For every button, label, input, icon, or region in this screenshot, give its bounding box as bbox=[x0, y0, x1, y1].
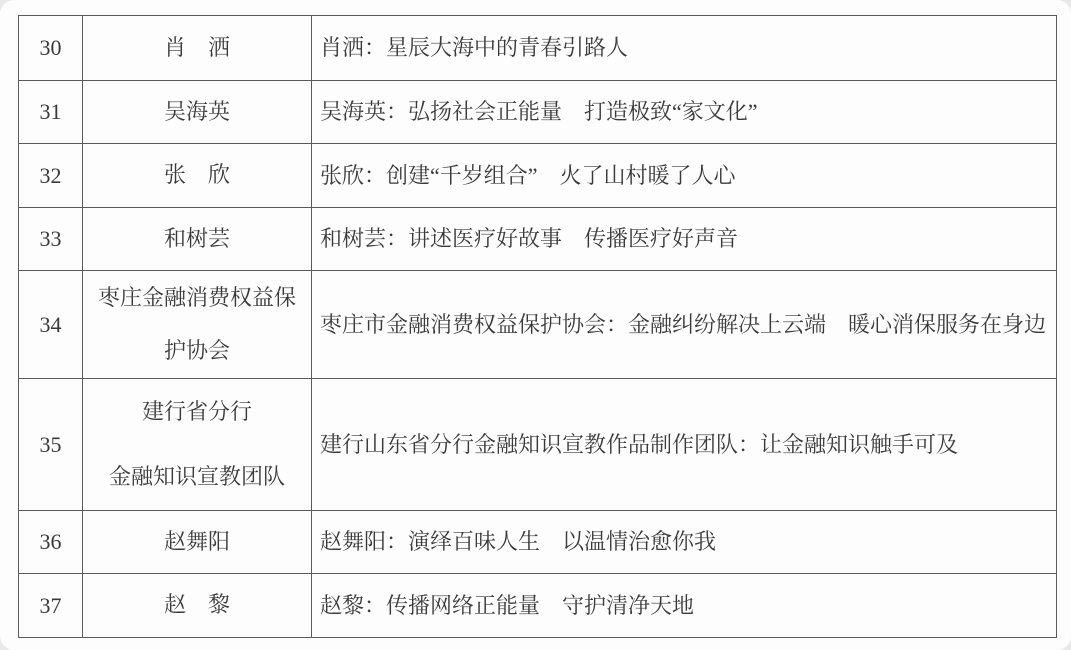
entry-cell: 赵舞阳：演绎百味人生 以温情治愈你我 bbox=[312, 511, 1057, 574]
name-line: 赵舞阳 bbox=[164, 529, 230, 555]
entry-cell: 和树芸：讲述医疗好故事 传播医疗好声音 bbox=[312, 208, 1057, 271]
entry-text: 赵黎：传播网络正能量 守护清净天地 bbox=[320, 579, 694, 633]
name-cell: 肖 洒 bbox=[83, 16, 312, 81]
name-cell: 和树芸 bbox=[83, 208, 312, 271]
table-row: 34 枣庄金融消费权益保护协会 枣庄市金融消费权益保护协会：金融纠纷解决上云端 … bbox=[19, 271, 1057, 379]
row-index: 33 bbox=[40, 228, 62, 250]
table-row: 33 和树芸 和树芸：讲述医疗好故事 传播医疗好声音 bbox=[19, 208, 1057, 271]
table-row: 32 张 欣 张欣：创建“千岁组合” 火了山村暖了人心 bbox=[19, 144, 1057, 208]
row-index: 30 bbox=[40, 37, 62, 59]
name-cell: 赵 黎 bbox=[83, 574, 312, 638]
entry-cell: 吴海英：弘扬社会正能量 打造极致“家文化” bbox=[312, 81, 1057, 144]
entry-cell: 赵黎：传播网络正能量 守护清净天地 bbox=[312, 574, 1057, 638]
name-line: 张 欣 bbox=[164, 162, 230, 188]
name-line: 肖 洒 bbox=[164, 35, 230, 61]
entry-text: 建行山东省分行金融知识宣教作品制作团队：让金融知识触手可及 bbox=[320, 418, 958, 472]
row-index: 32 bbox=[40, 165, 62, 187]
entry-text: 和树芸：讲述医疗好故事 传播医疗好声音 bbox=[320, 212, 738, 266]
table-row: 30 肖 洒 肖洒：星辰大海中的青春引路人 bbox=[19, 16, 1057, 81]
name-cell: 张 欣 bbox=[83, 144, 312, 208]
name-line: 护协会 bbox=[164, 338, 230, 364]
name-cell: 赵舞阳 bbox=[83, 511, 312, 574]
name-line: 和树芸 bbox=[164, 226, 230, 252]
table-row: 36 赵舞阳 赵舞阳：演绎百味人生 以温情治愈你我 bbox=[19, 511, 1057, 574]
row-index-cell: 30 bbox=[19, 16, 83, 81]
name-line: 赵 黎 bbox=[164, 592, 230, 618]
row-index: 34 bbox=[40, 314, 62, 336]
entry-cell: 建行山东省分行金融知识宣教作品制作团队：让金融知识触手可及 bbox=[312, 379, 1057, 511]
entry-text: 枣庄市金融消费权益保护协会：金融纠纷解决上云端 暖心消保服务在身边 bbox=[320, 298, 1046, 352]
name-line: 建行省分行 bbox=[142, 399, 252, 425]
entry-cell: 枣庄市金融消费权益保护协会：金融纠纷解决上云端 暖心消保服务在身边 bbox=[312, 271, 1057, 379]
row-index-cell: 36 bbox=[19, 511, 83, 574]
row-index-cell: 31 bbox=[19, 81, 83, 144]
entry-text: 吴海英：弘扬社会正能量 打造极致“家文化” bbox=[320, 85, 758, 139]
name-line: 枣庄金融消费权益保 bbox=[98, 285, 296, 311]
ranking-table: 30 肖 洒 肖洒：星辰大海中的青春引路人 31 吴海英 吴海英：弘扬社会正能量… bbox=[18, 15, 1057, 638]
row-index-cell: 33 bbox=[19, 208, 83, 271]
document-page: 30 肖 洒 肖洒：星辰大海中的青春引路人 31 吴海英 吴海英：弘扬社会正能量… bbox=[0, 0, 1071, 650]
entry-text: 赵舞阳：演绎百味人生 以温情治愈你我 bbox=[320, 515, 716, 569]
row-index-cell: 37 bbox=[19, 574, 83, 638]
row-index: 31 bbox=[40, 101, 62, 123]
row-index-cell: 32 bbox=[19, 144, 83, 208]
row-index-cell: 35 bbox=[19, 379, 83, 511]
name-cell: 吴海英 bbox=[83, 81, 312, 144]
entry-cell: 肖洒：星辰大海中的青春引路人 bbox=[312, 16, 1057, 81]
table-row: 35 建行省分行金融知识宣教团队 建行山东省分行金融知识宣教作品制作团队：让金融… bbox=[19, 379, 1057, 511]
name-cell: 建行省分行金融知识宣教团队 bbox=[83, 379, 312, 511]
row-index: 36 bbox=[40, 531, 62, 553]
table-row: 31 吴海英 吴海英：弘扬社会正能量 打造极致“家文化” bbox=[19, 81, 1057, 144]
name-line: 吴海英 bbox=[164, 99, 230, 125]
entry-cell: 张欣：创建“千岁组合” 火了山村暖了人心 bbox=[312, 144, 1057, 208]
row-index: 35 bbox=[40, 434, 62, 456]
name-cell: 枣庄金融消费权益保护协会 bbox=[83, 271, 312, 379]
name-line: 金融知识宣教团队 bbox=[109, 464, 285, 490]
entry-text: 肖洒：星辰大海中的青春引路人 bbox=[320, 21, 628, 75]
row-index: 37 bbox=[40, 595, 62, 617]
entry-text: 张欣：创建“千岁组合” 火了山村暖了人心 bbox=[320, 149, 736, 203]
row-index-cell: 34 bbox=[19, 271, 83, 379]
table-row: 37 赵 黎 赵黎：传播网络正能量 守护清净天地 bbox=[19, 574, 1057, 638]
